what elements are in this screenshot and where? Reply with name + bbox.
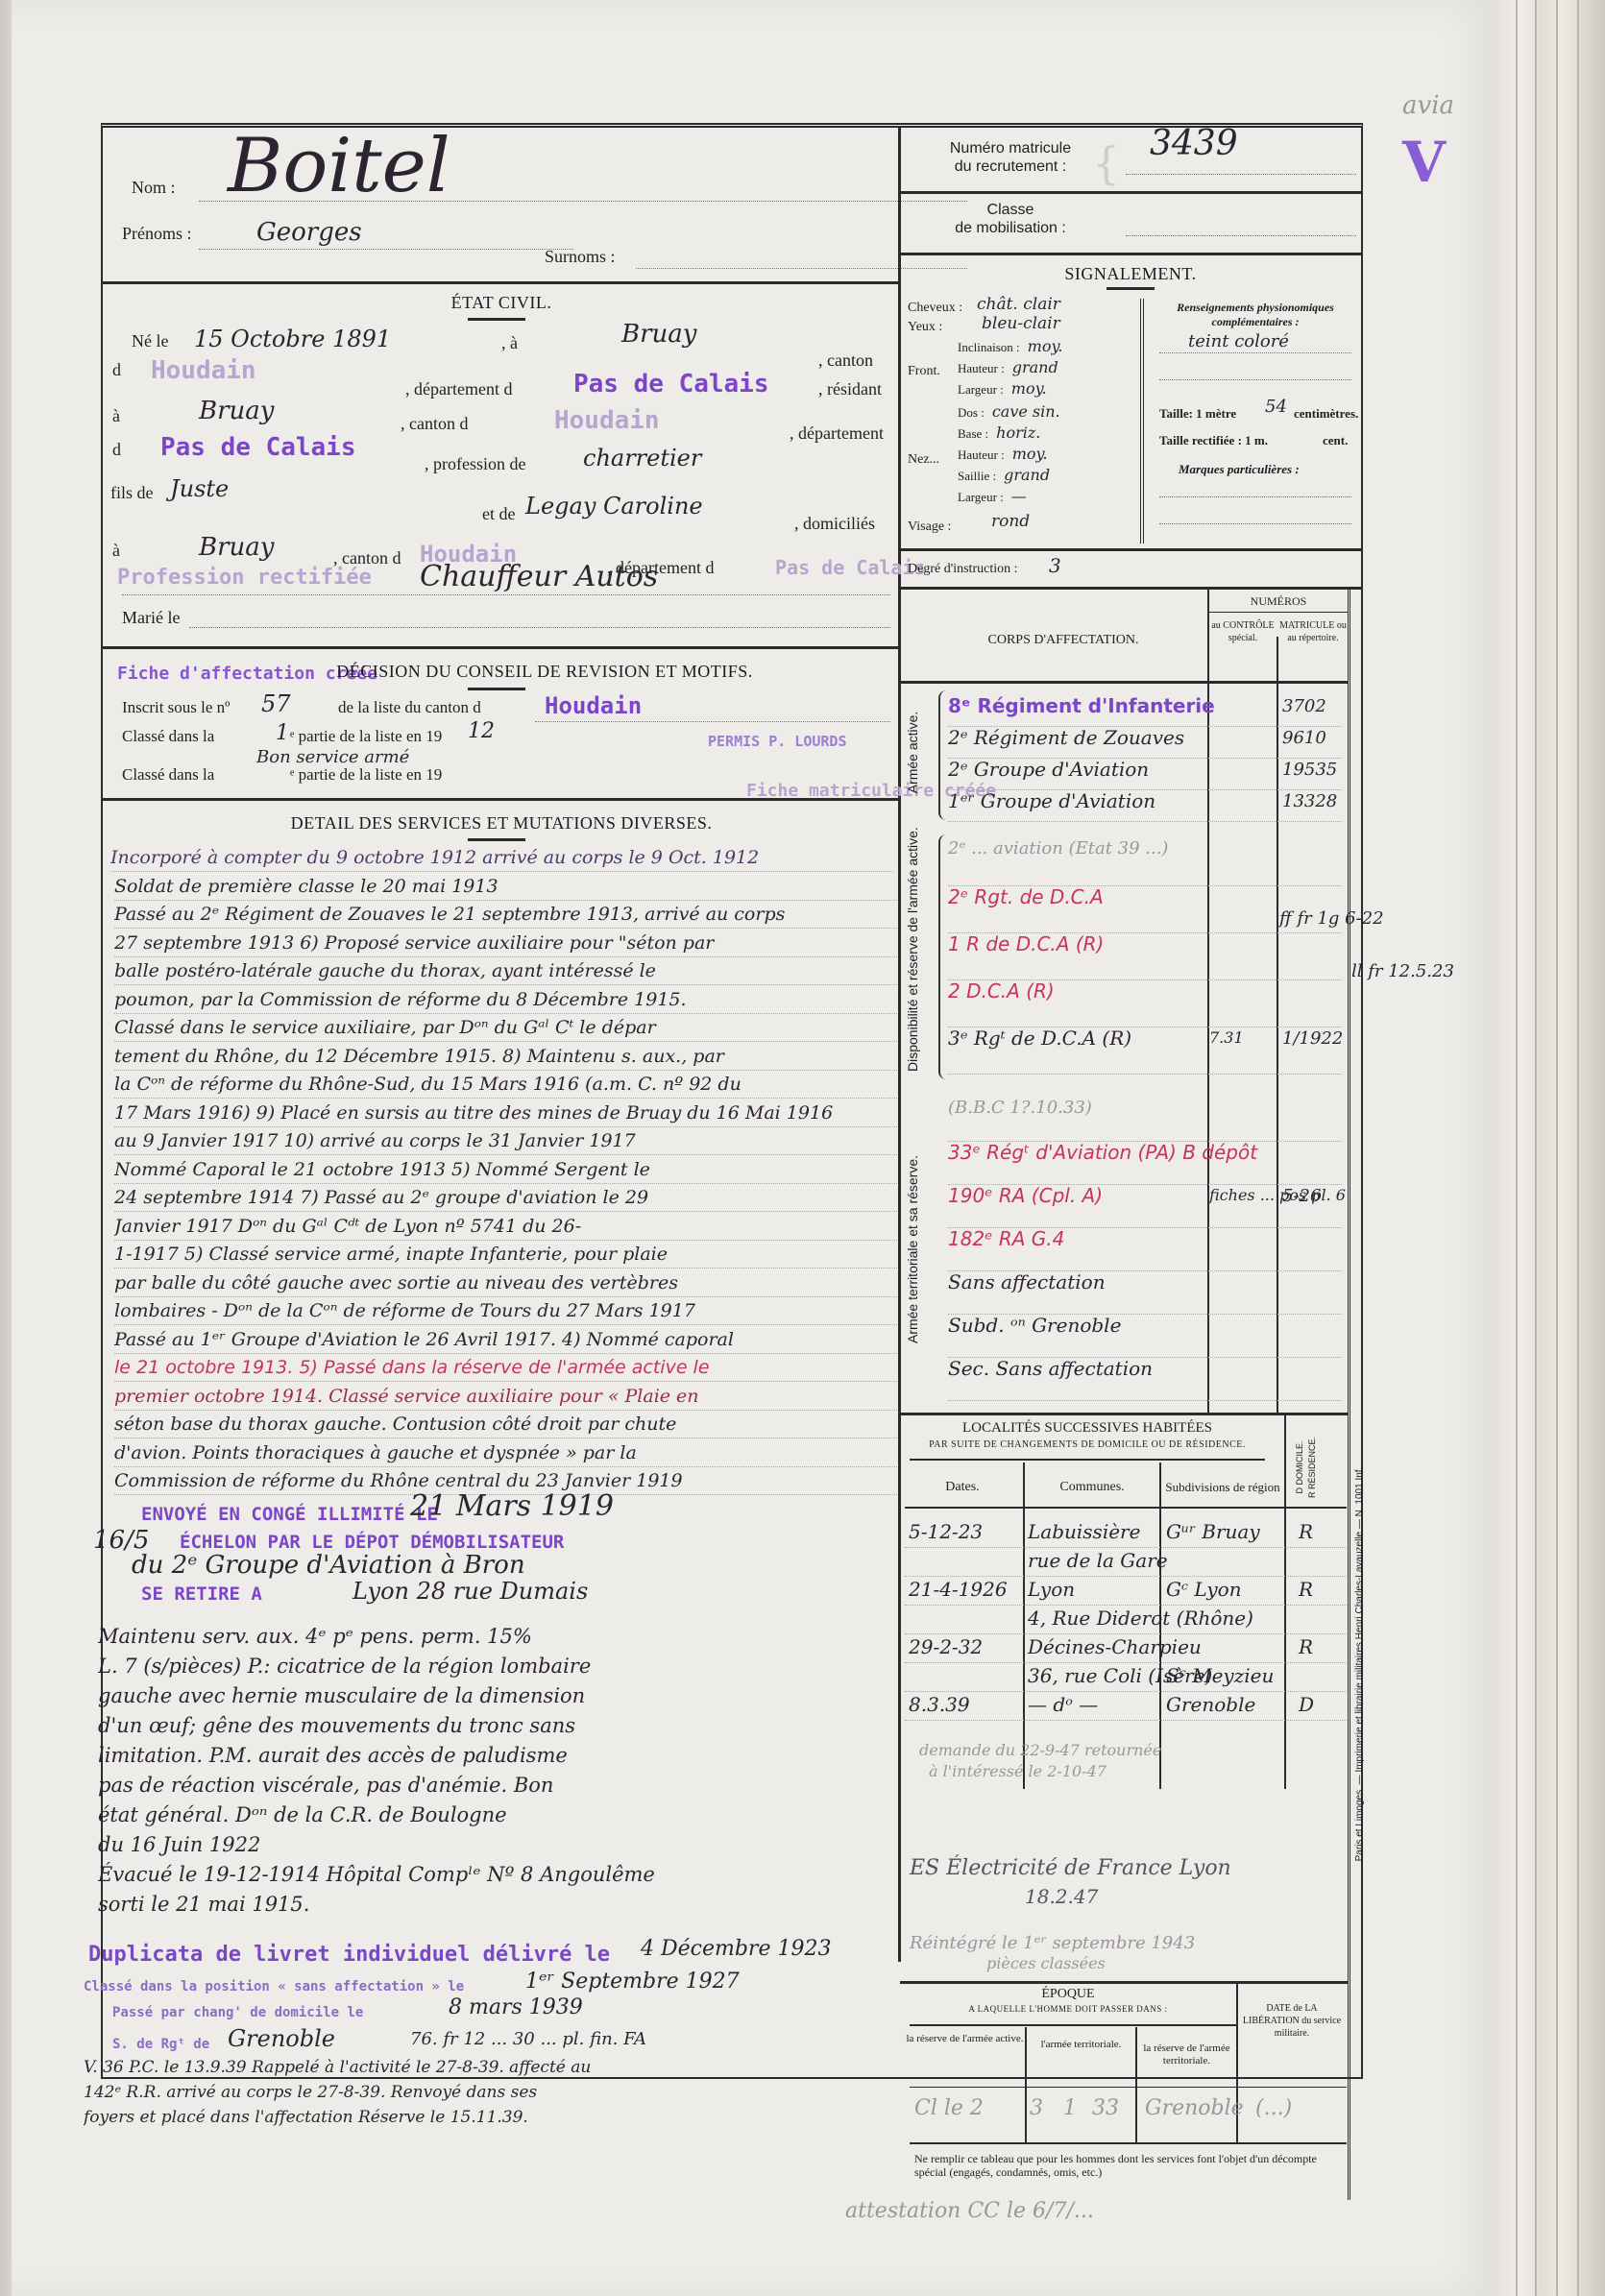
- corps-row: 1ᵉʳ Groupe d'Aviation13328: [948, 789, 1342, 822]
- canton2-label: , canton d: [401, 414, 468, 434]
- territoriale-value-2: 1: [1063, 2096, 1077, 2120]
- domicilies-label: , domiciliés: [794, 514, 875, 534]
- col-controle: au CONTRÔLE spécial.: [1209, 619, 1277, 644]
- corps-name: 190ᵉ RA (Cpl. A): [948, 1184, 1103, 1207]
- cheveux-label: Cheveux :: [908, 301, 962, 316]
- service-line: Nommé Caporal le 21 octobre 1913 5) Nomm…: [114, 1156, 897, 1184]
- classe1-label-a: Classé dans la: [122, 727, 214, 746]
- departement-label: , département d: [405, 379, 512, 399]
- signalement-row-value: grand: [1004, 466, 1050, 484]
- signalement-row-label: Dos :: [958, 405, 985, 420]
- a3-label: à: [112, 541, 120, 561]
- corps-name: Subd. ᵒⁿ Grenoble: [948, 1314, 1121, 1337]
- signalement-row: Largeur :—: [958, 487, 1135, 508]
- signalement-row: Hauteur :moy.: [958, 445, 1135, 466]
- prenoms-value: Georges: [256, 218, 362, 247]
- signalement-row-value: grand: [1012, 358, 1058, 376]
- final-line: foyers et placé dans l'affectation Réser…: [84, 2108, 890, 2127]
- corps-controle: 7.31: [1209, 1028, 1244, 1047]
- localite-row: 21-4-1926LyonGᶜ LyonR: [905, 1576, 1347, 1606]
- signalement-row-label: Largeur :: [958, 490, 1004, 504]
- d2-label: d: [112, 440, 121, 460]
- pencil-note-1: demande du 22-9-47 retournée: [919, 1741, 1161, 1759]
- col-liberation: DATE de LA LIBÉRATION du service militai…: [1238, 2002, 1346, 2040]
- departement-parents-stamp: Pas de Calais: [775, 556, 926, 579]
- service-line: balle postéro-latérale gauche du thorax,…: [114, 957, 897, 985]
- corps-name: 33ᵉ Régᵗ d'Aviation (PA) B dépôt: [948, 1141, 1257, 1164]
- echelon-value: du 2ᵉ Groupe d'Aviation à Bron: [132, 1551, 525, 1580]
- corps-row: (B.B.C 1?.10.33): [948, 1098, 1342, 1142]
- classe1-partie: 1: [276, 721, 289, 745]
- fils-de-label: fils de: [110, 483, 154, 503]
- corps-name: 2ᵉ ... aviation (Etat 39 ...): [948, 838, 1168, 858]
- signalement-row: Base :horiz.: [958, 423, 1135, 445]
- service-line: 1-1917 5) Classé service armé, inapte In…: [114, 1241, 897, 1269]
- profession-rectifiee-stamp: Profession rectifiée: [117, 566, 372, 590]
- degre-instruction-value: 3: [1049, 554, 1061, 577]
- service-line: premier octobre 1914. Classé service aux…: [114, 1383, 897, 1411]
- service-line-after: limitation. P.M. aurait des accès de pal…: [98, 1741, 895, 1770]
- service-line: Passé au 2ᵉ Régiment de Zouaves le 21 se…: [114, 901, 897, 929]
- signalement-row: Hauteur :grand: [958, 358, 1135, 379]
- service-line: tement du Rhône, du 12 Décembre 1915. 8)…: [114, 1043, 897, 1071]
- etat-civil-title: ÉTAT CIVIL.: [103, 293, 900, 313]
- service-line: Classé dans le service auxiliaire, par D…: [114, 1014, 897, 1042]
- service-line-after: pas de réaction viscérale, pas d'anémie.…: [98, 1771, 895, 1800]
- corps-controle: fiches ... pos pl. 6: [1209, 1186, 1346, 1204]
- ne-le-value: 15 Octobre 1891: [194, 326, 391, 352]
- service-line-after: Évacué le 19-12-1914 Hôpital Compˡᵉ Nº 8…: [98, 1860, 895, 1889]
- matricule-form: Nom : Boitel Prénoms : Georges Surnoms :…: [101, 123, 1363, 2079]
- localite-subdivision: Gᵘʳ Bruay: [1166, 1520, 1260, 1543]
- service-line: lombaires - Dᵒⁿ de la Cᵒⁿ de réforme de …: [114, 1297, 897, 1325]
- domicile-parents-value: Bruay: [199, 533, 274, 562]
- final-line: 142ᵉ R.R. arrivé au corps le 27-8-39. Re…: [84, 2083, 890, 2102]
- corps-name: 182ᵉ RA G.4: [948, 1227, 1064, 1250]
- corps-row: 2ᵉ Régiment de Zouaves9610: [948, 726, 1342, 759]
- canton-residence-stamp: Houdain: [554, 406, 660, 435]
- taille-label: Taille: 1 mètre: [1159, 406, 1236, 422]
- corps-row: Sec. Sans affectation: [948, 1357, 1342, 1401]
- signalement-row: Dos :cave sin.: [958, 402, 1135, 423]
- territoriale-value-1: 3: [1030, 2096, 1043, 2120]
- corps-row: 8ᵉ Régiment d'Infanterie3702: [948, 694, 1342, 727]
- localite-commune: Lyon: [1028, 1578, 1075, 1601]
- service-line: le 21 octobre 1913. 5) Passé dans la rés…: [114, 1354, 897, 1382]
- col-domicile-residence: D DOMICILE. R RÉSIDENCE.: [1294, 1424, 1319, 1511]
- signalement-row-value: horiz.: [996, 423, 1040, 442]
- section-brace: [938, 690, 948, 820]
- matricule-label: Numéro matricule du recrutement :: [929, 139, 1092, 176]
- corps-name: 2ᵉ Groupe d'Aviation: [948, 758, 1149, 781]
- departement-residence-stamp: Pas de Calais: [160, 433, 356, 462]
- signalement-row-label: Inclinaison :: [958, 340, 1020, 354]
- conge-label: ENVOYÉ EN CONGÉ ILLIMITÉ LE: [141, 1504, 438, 1525]
- service-line: 24 septembre 1914 7) Passé au 2ᵉ groupe …: [114, 1184, 897, 1212]
- degre-instruction-label: Degré d'instruction :: [908, 562, 1018, 577]
- col-communes: Communes.: [1025, 1480, 1159, 1495]
- service-line: la Cᵒⁿ de réforme du Rhône-Sud, du 15 Ma…: [114, 1071, 897, 1099]
- echelon-label: ÉCHELON PAR LE DÉPOT DÉMOBILISATEUR: [180, 1532, 564, 1553]
- corps-margin-note: ll fr 12.5.23: [1351, 961, 1454, 981]
- taille-cm: 54: [1265, 397, 1287, 417]
- stacked-page-edges: [1498, 0, 1605, 2296]
- service-line-after: état général. Dᵒⁿ de la C.R. de Boulogne: [98, 1801, 895, 1829]
- corps-name: 2ᵉ Régiment de Zouaves: [948, 726, 1184, 749]
- col-dates: Dates.: [905, 1480, 1020, 1495]
- permis-stamp: PERMIS P. LOURDS: [708, 733, 847, 750]
- a2-label: à: [112, 406, 120, 426]
- localite-dr: R: [1299, 1520, 1313, 1543]
- liste-canton-stamp: Houdain: [545, 692, 642, 719]
- service-line: Janvier 1917 Dᵒⁿ du Gᵃˡ Cᵈᵗ de Lyon nº 5…: [114, 1213, 897, 1241]
- signalement-row-value: —: [1011, 487, 1027, 505]
- localite-row: 36, rue Coli (Isère)Sᶜ Meyzieu: [905, 1662, 1347, 1692]
- localite-subdivision: Grenoble: [1166, 1693, 1255, 1716]
- corps-row: Sans affectation: [948, 1270, 1342, 1315]
- nom-label: Nom :: [132, 178, 176, 198]
- pencil-note-2: à l'intéressé le 2-10-47: [929, 1762, 1106, 1780]
- taille-unit: centimètres.: [1294, 406, 1358, 422]
- profession-rectifiee-value: Chauffeur Autos: [420, 560, 658, 593]
- corps-title: CORPS D'AFFECTATION.: [929, 633, 1198, 648]
- retire-label: SE RETIRE A: [141, 1583, 262, 1605]
- service-line-after: Maintenu serv. aux. 4ᵉ pᵉ pens. perm. 15…: [98, 1622, 895, 1651]
- final-line: V. 36 P.C. le 13.9.39 Rappelé à l'activi…: [84, 2058, 890, 2077]
- signalement-row: Largeur :moy.: [958, 379, 1135, 400]
- col-reserve-active: la réserve de l'armée active.: [905, 2033, 1025, 2045]
- nom-value: Boitel: [228, 128, 450, 205]
- corps-matricule: 19535: [1282, 760, 1337, 780]
- reintegre-note: Réintégré le 1ᵉʳ septembre 1943: [910, 1933, 1195, 1953]
- inscrit-label: Inscrit sous le nº: [122, 698, 230, 717]
- localite-dr: D: [1299, 1693, 1314, 1716]
- corps-matricule: 3702: [1282, 696, 1326, 716]
- canton-label: , canton: [818, 350, 873, 371]
- corps-name: 2ᵉ Rgt. de D.C.A: [948, 885, 1104, 908]
- corps-matricule: 9610: [1282, 728, 1326, 748]
- localite-dr: R: [1299, 1635, 1313, 1658]
- marie-le-label: Marié le: [122, 608, 180, 628]
- departement2-label: , département: [790, 423, 884, 444]
- signalement-row-value: moy.: [1011, 379, 1047, 398]
- service-line: 17 Mars 1916) 9) Placé en sursis au titr…: [114, 1100, 897, 1127]
- reserve-territoriale-value: Grenoble: [1145, 2096, 1244, 2120]
- localite-row: 29-2-32Décines-CharpieuR: [905, 1633, 1347, 1663]
- taille-rectifiee-label: Taille rectifiée : 1 m.: [1159, 433, 1268, 448]
- residence-value: Bruay: [199, 397, 274, 425]
- visage-label: Visage :: [908, 520, 951, 535]
- signalement-row: Inclinaison :moy.: [958, 337, 1135, 358]
- liste-canton-label: de la liste du canton d: [338, 698, 481, 717]
- corps-margin-note: ff fr 1g 6-22: [1279, 908, 1384, 929]
- section-brace: [938, 834, 948, 1079]
- col-reserve-territoriale: la réserve de l'armée territoriale.: [1137, 2042, 1236, 2067]
- passe-domicile-label: Passé par chang' de domicile le: [112, 2005, 363, 2020]
- localite-commune: rue de la Gare: [1028, 1549, 1168, 1572]
- corps-name: (B.B.C 1?.10.33): [948, 1098, 1092, 1118]
- yeux-label: Yeux :: [908, 320, 942, 335]
- numeros-title: NUMÉROS: [1209, 594, 1348, 609]
- d-label: d: [112, 360, 121, 380]
- service-line-after: sorti le 21 mai 1915.: [98, 1890, 895, 1919]
- decision-title: DÉCISION DU CONSEIL DE REVISION ET MOTIF…: [256, 662, 833, 682]
- subdivision-note: 76. fr 12 ... 30 ... pl. fin. FA: [410, 2029, 646, 2049]
- services-title: DETAIL DES SERVICES ET MUTATIONS DIVERSE…: [103, 813, 900, 834]
- corps-row: Subd. ᵒⁿ Grenoble: [948, 1314, 1342, 1358]
- classe1-note: Bon service armé: [256, 747, 409, 767]
- signalement-row-value: moy.: [1012, 445, 1048, 463]
- corps-matricule: 1/1922: [1282, 1028, 1343, 1049]
- service-line: Passé au 1ᵉʳ Groupe d'Aviation le 26 Avr…: [114, 1326, 897, 1354]
- printer-imprint: Paris et Limoges. — Imprimerie et librai…: [1351, 1395, 1369, 1933]
- service-line: par balle du côté gauche avec sortie au …: [114, 1269, 897, 1297]
- passe-domicile-date: 8 mars 1939: [449, 1995, 583, 2019]
- localite-subdivision: Sᶜ Meyzieu: [1166, 1664, 1274, 1687]
- localite-date: 8.3.39: [909, 1693, 970, 1716]
- classe-position-label: Classé dans la position « sans affectati…: [84, 1979, 464, 1994]
- corps-name: 2 D.C.A (R): [948, 979, 1055, 1003]
- classe-mobilisation-label: Classe de mobilisation :: [929, 201, 1092, 237]
- corps-name: Sans affectation: [948, 1270, 1106, 1293]
- subdivision-value: Grenoble: [228, 2025, 335, 2052]
- localite-row: 8.3.39— dᵒ —GrenobleD: [905, 1691, 1347, 1721]
- corps-row: 182ᵉ RA G.4: [948, 1227, 1342, 1271]
- et-de-label: et de: [482, 504, 515, 524]
- signalement-row-label: Base :: [958, 426, 988, 441]
- signalement-title: SIGNALEMENT.: [900, 264, 1361, 284]
- es-note: ES Électricité de France Lyon: [910, 1856, 1231, 1880]
- corps-row: 1 R de D.C.A (R): [948, 932, 1342, 980]
- service-line-after: d'un œuf; gêne des mouvements du tronc s…: [98, 1711, 895, 1740]
- classe2-label-b: ᵉ partie de la liste en 19: [290, 765, 442, 785]
- departement-stamp: Pas de Calais: [573, 370, 769, 399]
- lieu-naissance: Bruay: [621, 320, 696, 349]
- corps-section-label: Armée active.: [904, 692, 921, 812]
- service-line: Soldat de première classe le 20 mai 1913: [114, 873, 897, 901]
- reserve-active-value: Cl le 2: [914, 2096, 984, 2120]
- signalement-row-label: Largeur :: [958, 382, 1004, 397]
- signalement-row-label: Saillie :: [958, 469, 996, 483]
- visage-value: rond: [991, 512, 1030, 531]
- epoque-footnote: Ne remplir ce tableau que pour les homme…: [914, 2152, 1337, 2179]
- service-line-after: L. 7 (s/pièces) P.: cicatrice de la régi…: [98, 1652, 895, 1680]
- localite-commune: Labuissière: [1028, 1520, 1140, 1543]
- corps-name: 1 R de D.C.A (R): [948, 932, 1104, 955]
- subdivision-label: S. de Rgᵗ de: [112, 2037, 209, 2052]
- service-line: poumon, par la Commission de réforme du …: [114, 986, 897, 1014]
- corps-name: Sec. Sans affectation: [948, 1357, 1153, 1380]
- classe2-label-a: Classé dans la: [122, 765, 214, 785]
- corps-row: 33ᵉ Régᵗ d'Aviation (PA) B dépôt: [948, 1141, 1342, 1185]
- duplicata-label: Duplicata de livret individuel délivré l…: [88, 1943, 610, 1967]
- signalement-row: Saillie :grand: [958, 466, 1135, 487]
- signalement-row-value: moy.: [1028, 337, 1063, 355]
- localite-dr: R: [1299, 1578, 1313, 1601]
- classe1-label-b: ᵉ partie de la liste en 19: [290, 727, 442, 746]
- corps-row: 2ᵉ Groupe d'Aviation19535: [948, 758, 1342, 790]
- surnoms-label: Surnoms :: [545, 247, 616, 267]
- profession-label: , profession de: [425, 454, 525, 474]
- canton-stamp: Houdain: [151, 356, 256, 385]
- yeux-value: bleu-clair: [982, 314, 1060, 333]
- conge-date: 21 Mars 1919: [410, 1489, 614, 1523]
- col-subdivisions: Subdivisions de région: [1161, 1480, 1284, 1495]
- corps-section-label: Disponibilité et réserve de l'armée acti…: [904, 836, 921, 1072]
- corps-matricule: 13328: [1282, 791, 1337, 811]
- taille-rectifiee-unit: cent.: [1323, 433, 1348, 448]
- ne-le-label: Né le: [132, 331, 168, 351]
- cheveux-value: chât. clair: [977, 295, 1060, 314]
- es-date: 18.2.47: [1025, 1885, 1098, 1908]
- localite-row: 5-12-23LabuissièreGᵘʳ BruayR: [905, 1518, 1347, 1548]
- territoriale-value-3: 33: [1092, 2096, 1119, 2120]
- service-line: d'avion. Points thoraciques à gauche et …: [114, 1439, 897, 1467]
- col-matricule: MATRICULE ou au répertoire.: [1278, 619, 1348, 644]
- service-line: 27 septembre 1913 6) Proposé service aux…: [114, 930, 897, 957]
- corps-row: 2 D.C.A (R): [948, 979, 1342, 1027]
- localite-row: rue de la Gare: [905, 1547, 1347, 1577]
- localite-date: 5-12-23: [909, 1520, 983, 1543]
- bottom-pencil-note: attestation CC le 6/7/...: [845, 2199, 1094, 2223]
- localites-title: LOCALITÉS SUCCESSIVES HABITÉES: [905, 1420, 1270, 1437]
- col-territoriale: l'armée territoriale.: [1027, 2039, 1135, 2051]
- service-line-after: du 16 Juin 1922: [98, 1830, 895, 1859]
- corps-section-label: Armée territoriale et sa réserve.: [904, 1096, 921, 1403]
- resident-label: , résidant: [818, 379, 882, 399]
- renseignements-label: Renseignements physionomiques complément…: [1159, 301, 1351, 329]
- corps-row: 3ᵉ Rgᵗ de D.C.A (R)7.311/1922: [948, 1027, 1342, 1075]
- reintegre-note-2: pièces classées: [986, 1954, 1106, 1972]
- localite-date: 29-2-32: [909, 1635, 983, 1658]
- classe1-annee: 12: [468, 719, 495, 743]
- nez-label: Nez...: [908, 452, 939, 468]
- localite-commune: Décines-Charpieu: [1028, 1635, 1202, 1658]
- service-line-after: gauche avec hernie musculaire de la dime…: [98, 1681, 895, 1710]
- service-line: séton base du thorax gauche. Contusion c…: [114, 1411, 897, 1438]
- a-label: , à: [501, 333, 518, 353]
- signalement-row-label: Hauteur :: [958, 361, 1005, 375]
- marques-label: Marques particulières :: [1179, 462, 1300, 477]
- mere-value: Legay Caroline: [525, 493, 703, 520]
- localite-date: 21-4-1926: [909, 1578, 1008, 1601]
- corps-matricule: 5-26: [1282, 1186, 1321, 1206]
- corps-name: 3ᵉ Rgᵗ de D.C.A (R): [948, 1027, 1131, 1050]
- localites-subtitle: PAR SUITE DE CHANGEMENTS DE DOMICILE OU …: [905, 1439, 1270, 1450]
- matricule-value: 3439: [1150, 124, 1238, 163]
- inscrit-no: 57: [261, 690, 291, 717]
- duplicata-date: 4 Décembre 1923: [641, 1937, 831, 1961]
- corner-pencil-note: avia: [1402, 91, 1454, 120]
- epoque-subtitle: A LAQUELLE L'HOMME DOIT PASSER DANS :: [910, 2004, 1227, 2014]
- front-label: Front.: [908, 364, 940, 379]
- profession-value: charretier: [583, 445, 701, 471]
- localite-row: 4, Rue Diderot (Rhône): [905, 1605, 1347, 1634]
- pere-value: Juste: [170, 475, 229, 502]
- signalement-row-value: cave sin.: [992, 402, 1060, 421]
- localite-subdivision: Gᶜ Lyon: [1166, 1578, 1242, 1601]
- localite-commune: 4, Rue Diderot (Rhône): [1028, 1607, 1253, 1630]
- renseignements-value: teint coloré: [1188, 331, 1289, 351]
- retire-value: Lyon 28 rue Dumais: [353, 1578, 588, 1605]
- corner-mark: V: [1402, 130, 1446, 195]
- classe-position-date: 1ᵉʳ Septembre 1927: [525, 1970, 740, 1994]
- signalement-row-label: Hauteur :: [958, 447, 1005, 462]
- corps-name: 1ᵉʳ Groupe d'Aviation: [948, 789, 1155, 812]
- epoque-title: ÉPOQUE: [910, 1987, 1227, 2002]
- corps-row: 2ᵉ ... aviation (Etat 39 ...): [948, 838, 1342, 886]
- corps-row: 190ᵉ RA (Cpl. A)fiches ... pos pl. 65-26: [948, 1184, 1342, 1228]
- service-line: au 9 Janvier 1917 10) arrivé au corps le…: [114, 1127, 897, 1155]
- corps-name: 8ᵉ Régiment d'Infanterie: [948, 694, 1215, 717]
- localite-commune: — dᵒ —: [1028, 1693, 1098, 1716]
- service-line: Incorporé à compter du 9 octobre 1912 ar…: [110, 844, 893, 872]
- liberation-value: (...): [1255, 2096, 1292, 2120]
- prenoms-label: Prénoms :: [122, 224, 192, 244]
